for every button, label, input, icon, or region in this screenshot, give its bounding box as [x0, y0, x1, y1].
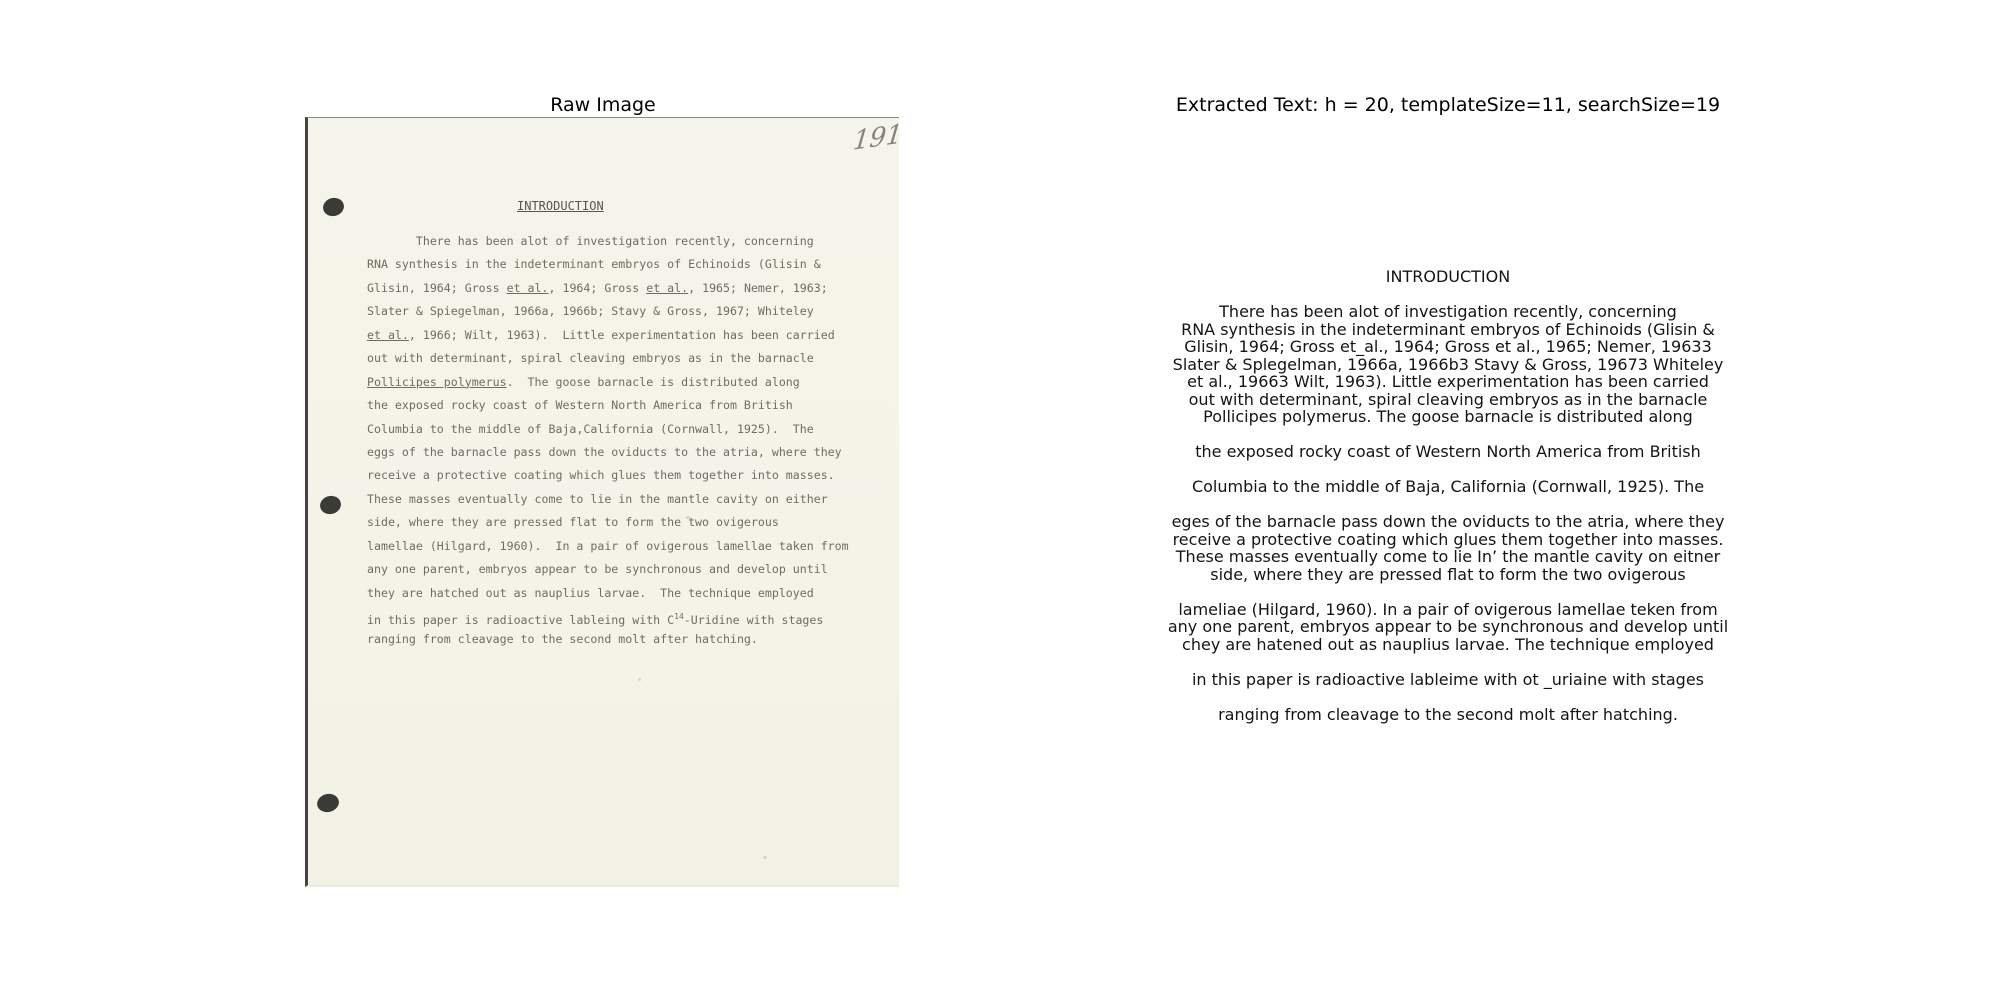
ocr-line: out with determinant, spiral cleaving em… [1148, 391, 1748, 409]
ocr-line: Columbia to the middle of Baja, Californ… [1148, 478, 1748, 496]
ocr-line: RNA synthesis in the indeterminant embry… [1148, 321, 1748, 339]
ocr-line: INTRODUCTION [1148, 268, 1748, 286]
ocr-line: in this paper is radioactive lableime wi… [1148, 671, 1748, 689]
ocr-line: eges of the barnacle pass down the ovidu… [1148, 513, 1748, 531]
ocr-block: in this paper is radioactive lableime wi… [1148, 671, 1748, 689]
handwritten-page-number: 191 [852, 119, 904, 157]
ocr-line: Pollicipes polymerus. The goose barnacle… [1148, 408, 1748, 426]
document-line: Glisin, 1964; Gross et al., 1964; Gross … [367, 277, 849, 300]
ocr-line: These masses eventually come to lie In’ … [1148, 548, 1748, 566]
document-line: any one parent, embryos appear to be syn… [367, 558, 849, 581]
document-line: receive a protective coating which glues… [367, 464, 849, 487]
document-line: Slater & Spiegelman, 1966a, 1966b; Stavy… [367, 300, 849, 323]
document-line: eggs of the barnacle pass down the ovidu… [367, 441, 849, 464]
hole-punch-icon [315, 792, 341, 815]
paper-speck [763, 856, 767, 859]
ocr-line: the exposed rocky coast of Western North… [1148, 443, 1748, 461]
document-line: RNA synthesis in the indeterminant embry… [367, 253, 849, 276]
document-line: Columbia to the middle of Baja,Californi… [367, 418, 849, 441]
document-line: There has been alot of investigation rec… [367, 230, 849, 253]
ocr-block: ranging from cleavage to the second molt… [1148, 706, 1748, 724]
figure-canvas: Raw Image Extracted Text: h = 20, templa… [0, 0, 2000, 1000]
ocr-line: Glisin, 1964; Gross et_al., 1964; Gross … [1148, 338, 1748, 356]
ocr-block: INTRODUCTION [1148, 268, 1748, 286]
ocr-line: Slater & Splegelman, 1966a, 1966b3 Stavy… [1148, 356, 1748, 374]
ocr-line: ranging from cleavage to the second molt… [1148, 706, 1748, 724]
ocr-line: side, where they are pressed flat to for… [1148, 566, 1748, 584]
document-line: out with determinant, spiral cleaving em… [367, 347, 849, 370]
hole-punch-icon [318, 494, 343, 517]
document-line: ranging from cleavage to the second molt… [367, 628, 849, 651]
extracted-text-title: Extracted Text: h = 20, templateSize=11,… [1148, 94, 1748, 116]
raw-image-title: Raw Image [303, 94, 903, 116]
paper-speck [638, 678, 641, 681]
document-line: the exposed rocky coast of Western North… [367, 394, 849, 417]
document-line: in this paper is radioactive lableing wi… [367, 605, 849, 628]
document-heading: INTRODUCTION [517, 199, 604, 213]
document-line: side, where they are pressed flat to for… [367, 511, 849, 534]
ocr-line: et al., 19663 Wilt, 1963). Little experi… [1148, 373, 1748, 391]
ocr-line: lameliae (Hilgard, 1960). In a pair of o… [1148, 601, 1748, 619]
hole-punch-icon [321, 196, 346, 219]
ocr-block: Columbia to the middle of Baja, Californ… [1148, 478, 1748, 496]
document-line: lamellae (Hilgard, 1960). In a pair of o… [367, 535, 849, 558]
ocr-block: eges of the barnacle pass down the ovidu… [1148, 513, 1748, 583]
document-line: Pollicipes polymerus. The goose barnacle… [367, 371, 849, 394]
ocr-block: lameliae (Hilgard, 1960). In a pair of o… [1148, 601, 1748, 654]
document-line: et al., 1966; Wilt, 1963). Little experi… [367, 324, 849, 347]
ocr-line: any one parent, embryos appear to be syn… [1148, 618, 1748, 636]
ocr-line: There has been alot of investigation rec… [1148, 303, 1748, 321]
scanned-document: 191 INTRODUCTION There has been alot of … [305, 117, 899, 887]
ocr-line: receive a protective coating which glues… [1148, 531, 1748, 549]
extracted-text: INTRODUCTIONThere has been alot of inves… [1148, 268, 1748, 723]
document-body: There has been alot of investigation rec… [367, 230, 849, 652]
document-line: they are hatched out as nauplius larvae.… [367, 582, 849, 605]
ocr-line: chey are hatened out as nauplius larvae.… [1148, 636, 1748, 654]
document-line: These masses eventually come to lie in t… [367, 488, 849, 511]
ocr-block: There has been alot of investigation rec… [1148, 303, 1748, 426]
ocr-block: the exposed rocky coast of Western North… [1148, 443, 1748, 461]
